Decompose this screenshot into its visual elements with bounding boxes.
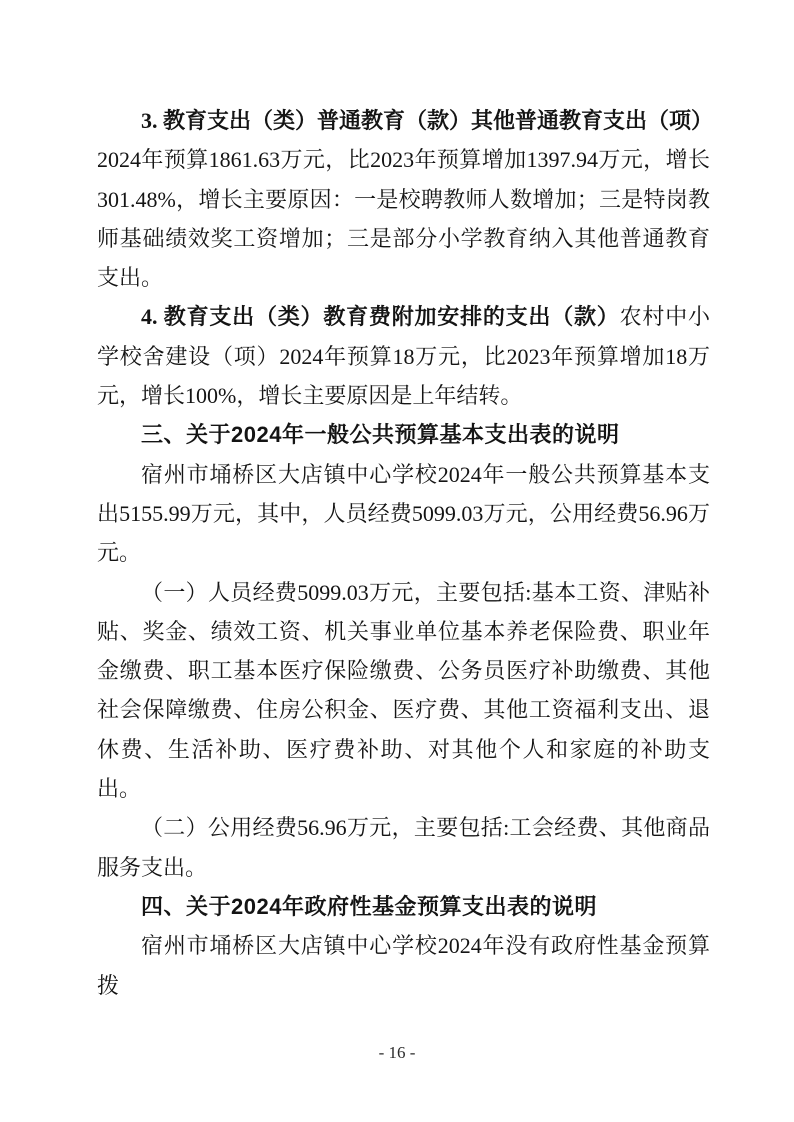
paragraph-item-3-bold-lead: 3. 教育支出（类）普通教育（款）其他普通教育支出（项）	[141, 108, 713, 133]
paragraph-item-3: 3. 教育支出（类）普通教育（款）其他普通教育支出（项）2024年预算1861.…	[97, 101, 710, 297]
paragraph-public-funds: （二）公用经费56.96万元，主要包括:工会经费、其他商品服务支出。	[97, 808, 710, 887]
paragraph-personnel-funds: （一）人员经费5099.03万元，主要包括:基本工资、津贴补贴、奖金、绩效工资、…	[97, 573, 710, 809]
document-page: 3. 教育支出（类）普通教育（款）其他普通教育支出（项）2024年预算1861.…	[0, 0, 794, 1122]
document-body: 3. 教育支出（类）普通教育（款）其他普通教育支出（项）2024年预算1861.…	[97, 101, 710, 1005]
paragraph-item-4-bold-lead: 4. 教育支出（类）教育费附加安排的支出（款）	[141, 304, 620, 329]
section-heading-three: 三、关于2024年一般公共预算基本支出表的说明	[97, 415, 710, 454]
paragraph-basic-expenditure-summary: 宿州市埇桥区大店镇中心学校2024年一般公共预算基本支出5155.99万元，其中…	[97, 455, 710, 573]
paragraph-government-fund: 宿州市埇桥区大店镇中心学校2024年没有政府性基金预算拨	[97, 926, 710, 1005]
paragraph-item-3-text: 2024年预算1861.63万元，比2023年预算增加1397.94万元，增长3…	[97, 147, 710, 290]
page-number: - 16 -	[0, 1042, 794, 1064]
section-heading-four: 四、关于2024年政府性基金预算支出表的说明	[97, 887, 710, 926]
paragraph-item-4: 4. 教育支出（类）教育费附加安排的支出（款）农村中小学校舍建设（项）2024年…	[97, 297, 710, 415]
